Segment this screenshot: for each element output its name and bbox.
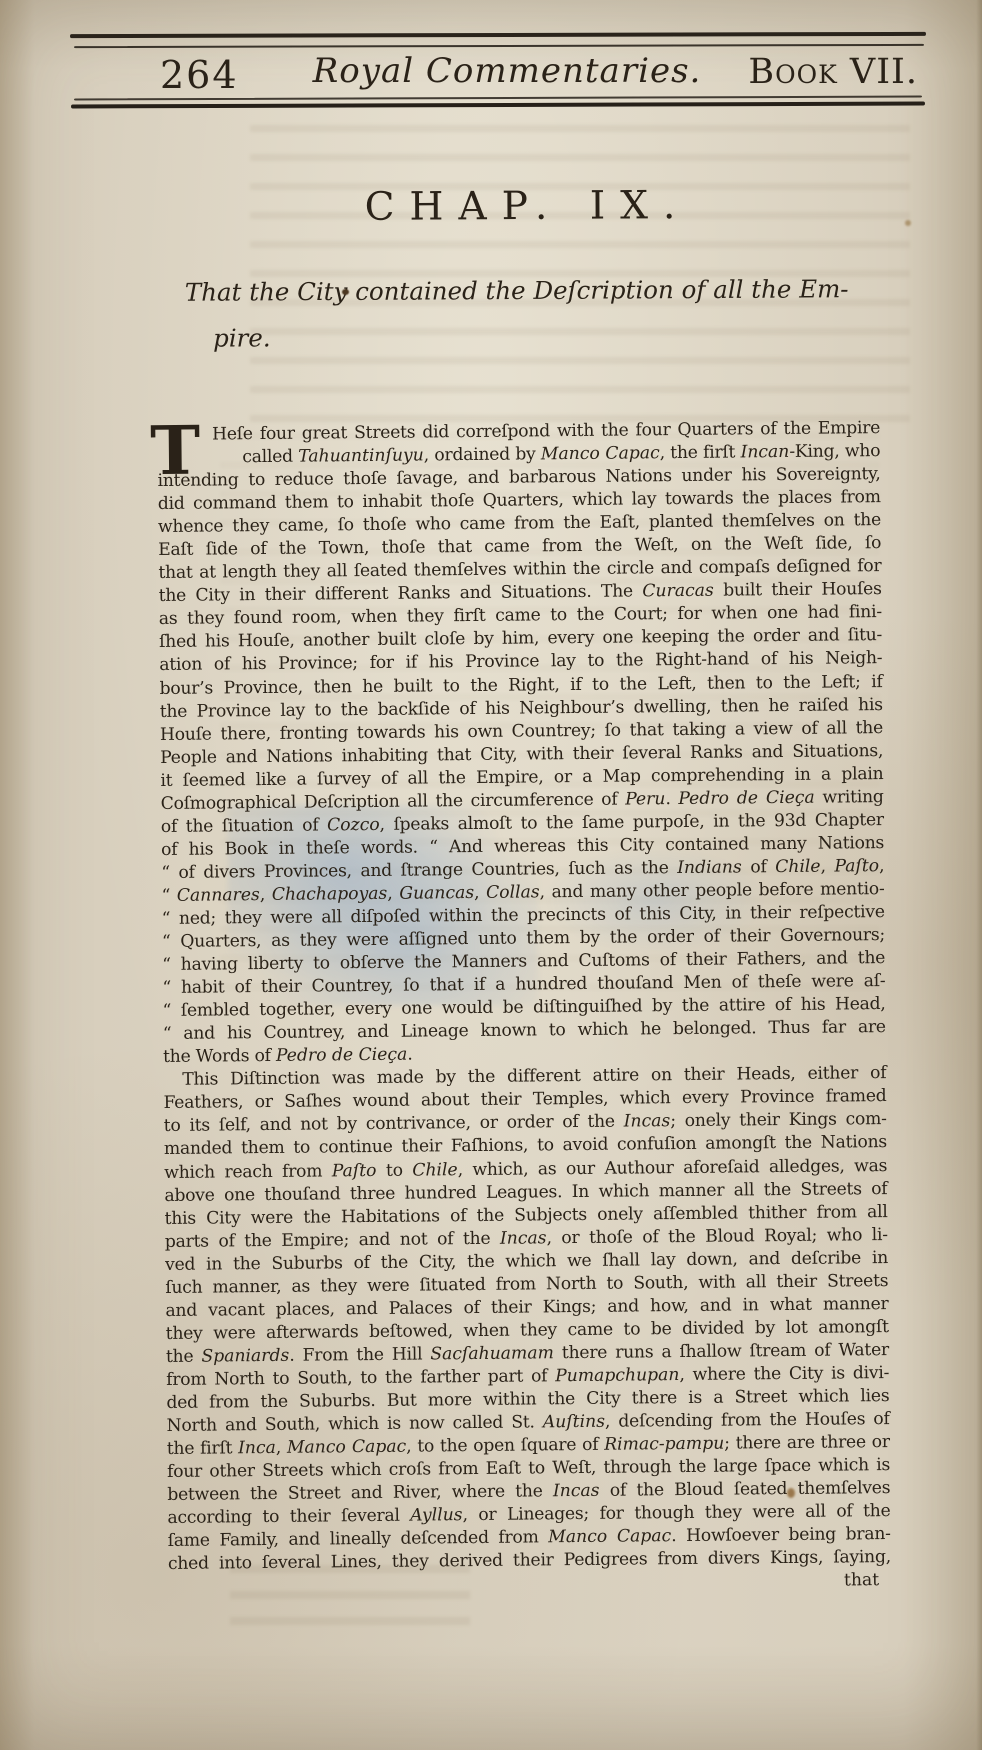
header-top-rule-thick [70,32,926,38]
header-top-rule-thin [74,44,924,48]
chapter-argument-line: That the City contained the Deſcription … [157,266,880,316]
book-label: Book VII. [748,52,918,92]
header-bottom-rule-thick [71,102,925,108]
paragraph-2: This Diſtinction was made by the differe… [163,1062,891,1576]
paragraph-1: Heſe four great Streets did correſpond w… [157,417,886,1069]
chapter-argument-line: pire. [157,312,880,362]
stain-spot [905,220,911,226]
chapter-argument: That the City contained the Deſcription … [157,266,880,362]
book-page-scan: 264 Royal Commentaries. Book VII. CHAP. … [0,0,982,1750]
chapter-heading: CHAP. IX. [157,182,880,231]
body-text-block: T Heſe four great Streets did correſpond… [157,417,891,1599]
